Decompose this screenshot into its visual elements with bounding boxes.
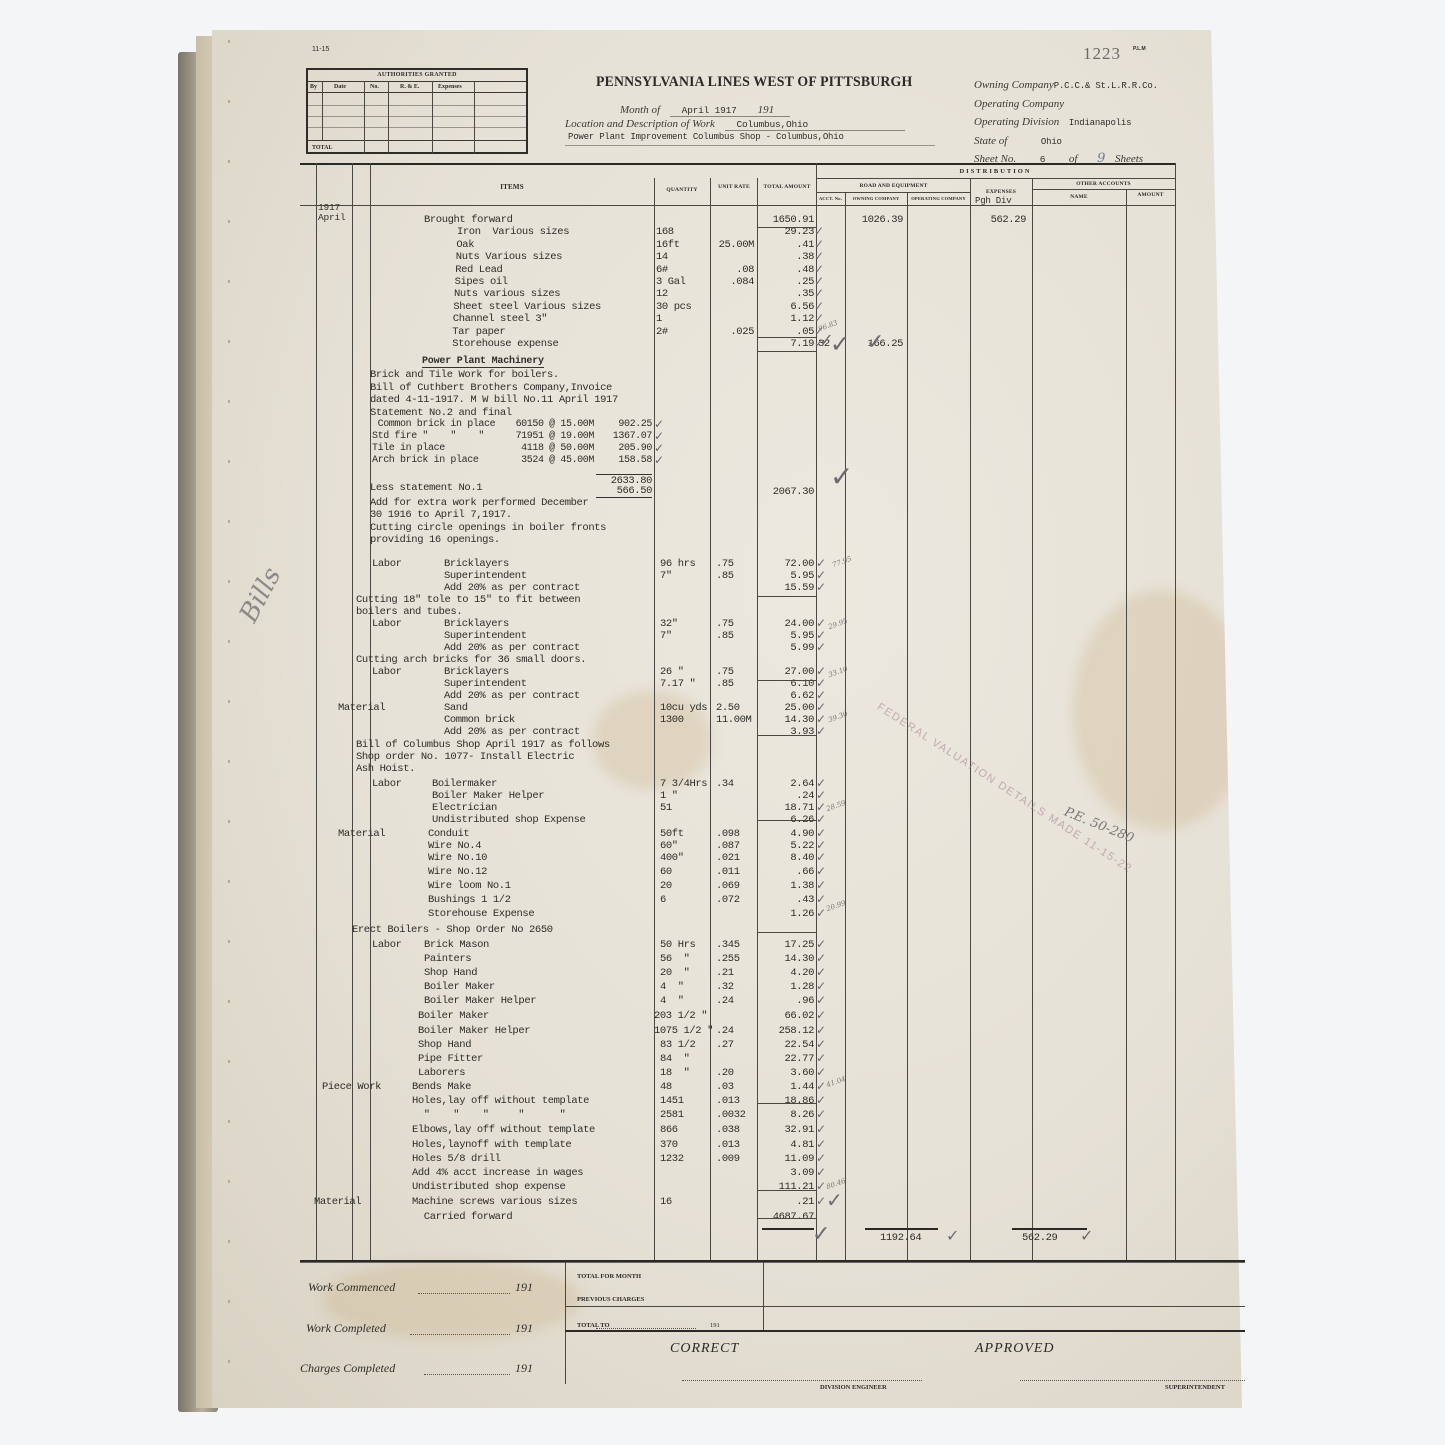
item-total: 6.56	[760, 301, 814, 313]
date-column: 1917 April	[318, 203, 346, 223]
extra-work-text: Add for extra work performed December 30…	[370, 497, 606, 546]
approved-label: APPROVED	[975, 1341, 1055, 1357]
item-description: Nuts various sizes	[430, 288, 560, 300]
brick-amount: 902.25	[596, 419, 652, 430]
item-total: 29.23	[760, 226, 814, 238]
item-unit-rate: .75	[716, 558, 756, 570]
check-mark-icon: ✓	[816, 878, 826, 892]
item-total: 27.00	[760, 666, 814, 678]
item-unit-rate: .75	[716, 618, 756, 630]
check-mark-icon: ✓	[816, 1122, 826, 1136]
item-quantity: 1	[656, 313, 706, 325]
item-total: 5.22	[760, 840, 814, 852]
item-quantity: 2581	[660, 1109, 712, 1121]
item-description: Electrician	[432, 802, 497, 814]
check-mark-icon: ✓	[816, 1151, 826, 1165]
check-mark-icon: ✓	[816, 937, 826, 951]
header-distribution: DISTRIBUTION	[816, 168, 1175, 175]
item-unit-rate: .072	[716, 894, 756, 906]
check-mark-icon: ✓	[816, 1093, 826, 1107]
row-category: Labor	[372, 778, 402, 790]
item-quantity: 4 "	[660, 995, 712, 1007]
header-amount: AMOUNT	[1126, 192, 1175, 198]
item-quantity: 20	[660, 880, 712, 892]
row-category: Piece Work	[322, 1081, 381, 1093]
item-unit-rate: .255	[716, 953, 756, 965]
item-quantity: 1075 1/2 "	[654, 1025, 706, 1037]
header-other-accounts: OTHER ACCOUNTS	[1032, 181, 1175, 187]
row-note: boilers and tubes.	[356, 606, 462, 618]
row-note: Cutting 18" tole to 15" to fit between	[356, 594, 580, 606]
superintendent-label: SUPERINTENDENT	[1165, 1384, 1225, 1391]
item-quantity: 866	[660, 1124, 712, 1136]
auth-col-re: R. & E.	[400, 84, 419, 90]
item-total: 8.40	[760, 852, 814, 864]
check-mark-icon: ✓	[816, 1165, 826, 1179]
item-quantity: 7"	[660, 630, 712, 642]
item-description: Brought forward	[424, 214, 513, 226]
item-description: Bushings 1 1/2	[428, 894, 511, 906]
item-quantity: 84 "	[660, 1053, 712, 1065]
item-total: 17.25	[760, 939, 814, 951]
brick-section-text: Brick and Tile Work for boilers. Bill of…	[370, 369, 618, 419]
item-total: 5.95	[760, 570, 814, 582]
brick-qty-rate: 4118 @ 50.00M	[484, 443, 594, 454]
check-mark-icon: ✓	[816, 1065, 826, 1079]
carried-forward-owning: 1192.64	[880, 1232, 921, 1244]
item-total: 66.02	[760, 1010, 814, 1022]
work-commenced-label: Work Commenced	[308, 1280, 395, 1295]
item-quantity: 18 "	[660, 1067, 712, 1079]
carried-forward-expenses: 562.29	[1022, 1232, 1057, 1244]
brick-qty-rate: 60150 @ 15.00M	[484, 419, 594, 430]
item-unit-rate: .084	[712, 276, 754, 288]
auth-col-by: By	[310, 84, 317, 90]
item-unit-rate: .24	[716, 1025, 756, 1037]
item-total: .25	[760, 276, 814, 288]
item-total: 1.26	[760, 908, 814, 920]
auth-col-expenses: Expenses	[438, 84, 462, 90]
item-description: Nuts Various sizes	[432, 251, 562, 263]
form-code: 11-15	[312, 46, 329, 53]
check-mark-icon: ✓	[816, 864, 826, 878]
item-total: 1.28	[760, 981, 814, 993]
item-description: Add 20% as per contract	[444, 726, 580, 738]
item-total: 258.12	[760, 1025, 814, 1037]
item-quantity: 400"	[660, 852, 712, 864]
item-unit-rate: .24	[716, 995, 756, 1007]
header-name: NAME	[1032, 194, 1126, 200]
item-quantity: 203 1/2 "	[654, 1010, 706, 1022]
item-total: 5.95	[760, 630, 814, 642]
work-description: Power Plant Improvement Columbus Shop - …	[568, 132, 844, 142]
brick-item: Arch brick in place	[372, 455, 478, 466]
item-total: 1.44	[760, 1081, 814, 1093]
row-note: Erect Boilers - Shop Order No 2650	[352, 924, 553, 936]
row-category: Labor	[372, 939, 402, 951]
item-total: 6.62	[760, 690, 814, 702]
item-unit-rate: 2.50	[716, 702, 756, 714]
item-quantity: 26 "	[660, 666, 712, 678]
item-description: Storehouse expense	[429, 338, 559, 350]
company-info: Owning CompanyP.C.C.& St.L.R.R.Co. Opera…	[974, 76, 1158, 169]
item-total: 3.93	[760, 726, 814, 738]
item-unit-rate: .025	[712, 326, 754, 338]
item-description: Brick Mason	[424, 939, 489, 951]
item-description: Undistributed shop expense	[412, 1181, 565, 1193]
item-total: 24.00	[760, 618, 814, 630]
item-total: .41	[760, 239, 814, 251]
row-category: Labor	[372, 558, 402, 570]
item-description: Shop Hand	[418, 1039, 471, 1051]
item-description: Conduit	[428, 828, 469, 840]
item-quantity: 16	[660, 1196, 712, 1208]
item-quantity: 32"	[660, 618, 712, 630]
item-unit-rate: 25.00M	[712, 239, 754, 251]
item-unit-rate: .27	[716, 1039, 756, 1051]
state-value: Ohio	[1041, 137, 1062, 147]
item-total: 11.09	[760, 1153, 814, 1165]
item-owning-company: 1026.39	[845, 214, 903, 226]
brick-net-total: 2067.30	[757, 486, 814, 498]
brick-qty-rate: 71951 @ 19.00M	[484, 431, 594, 442]
form-suffix: P.L.M	[1133, 46, 1146, 52]
item-description: Add 20% as per contract	[444, 642, 580, 654]
item-total: 14.30	[760, 953, 814, 965]
header-unit-rate: UNIT RATE	[716, 184, 752, 190]
item-total: 32.91	[760, 1124, 814, 1136]
item-total: 22.77	[760, 1053, 814, 1065]
item-quantity: 30 pcs	[656, 301, 706, 313]
item-description: Bends Make	[412, 1081, 471, 1093]
item-unit-rate: .087	[716, 840, 756, 852]
item-description: Superintendent	[444, 678, 527, 690]
item-unit-rate: .85	[716, 570, 756, 582]
item-unit-rate: .098	[716, 828, 756, 840]
item-unit-rate: .85	[716, 678, 756, 690]
row-category: Material	[338, 702, 385, 714]
brick-item: Std fire " " "	[372, 431, 484, 442]
item-description: Channel steel 3"	[429, 313, 547, 325]
item-unit-rate: 11.00M	[716, 714, 756, 726]
location-value: Columbus,Ohio	[725, 119, 905, 131]
check-mark-icon: ✓	[816, 1051, 826, 1065]
item-total: .48	[760, 264, 814, 276]
item-unit-rate: .85	[716, 630, 756, 642]
item-description: Add 20% as per contract	[444, 582, 580, 594]
item-quantity: 16ft	[656, 239, 706, 251]
item-description: Superintendent	[444, 570, 527, 582]
item-description: Sand	[444, 702, 468, 714]
check-mark-icon: ✓	[816, 1037, 826, 1051]
item-description: Bricklayers	[444, 666, 509, 678]
item-description: Boiler Maker Helper	[418, 1025, 530, 1037]
page-title: PENNSYLVANIA LINES WEST OF PITTSBURGH	[596, 74, 912, 91]
item-description: Pipe Fitter	[418, 1053, 483, 1065]
check-mark-icon: ✓	[816, 724, 826, 738]
check-mark-icon: ✓	[816, 906, 826, 920]
check-mark-icon: ✓	[654, 453, 664, 467]
item-total: 5.99	[760, 642, 814, 654]
item-total: .96	[760, 995, 814, 1007]
item-unit-rate: .069	[716, 880, 756, 892]
brick-item: Common brick in place	[372, 419, 495, 430]
item-description: Boiler Maker	[424, 981, 495, 993]
item-total: .21	[760, 1196, 814, 1208]
item-unit-rate: .009	[716, 1153, 756, 1165]
check-mark-icon: ✓	[816, 640, 826, 654]
item-quantity: 7 3/4Hrs	[660, 778, 712, 790]
item-description: Wire No.10	[428, 852, 487, 864]
item-description: Wire No.12	[428, 866, 487, 878]
item-unit-rate: .03	[716, 1081, 756, 1093]
item-quantity: 2#	[656, 326, 706, 338]
item-total: 3.60	[760, 1067, 814, 1079]
work-completed-label: Work Completed	[306, 1321, 386, 1336]
item-quantity: 10cu yds	[660, 702, 712, 714]
item-total: 25.00	[760, 702, 814, 714]
row-note: Ash Hoist.	[356, 763, 415, 775]
row-category: Labor	[372, 618, 402, 630]
item-quantity: 1451	[660, 1095, 712, 1107]
binding-stitches	[228, 40, 230, 1400]
row-category: Material	[338, 828, 385, 840]
item-total: .24	[760, 790, 814, 802]
header-items: ITEMS	[370, 183, 654, 191]
item-description: Common brick	[444, 714, 515, 726]
item-quantity: 1300	[660, 714, 712, 726]
item-description: Superintendent	[444, 630, 527, 642]
item-description: Elbows,lay off without template	[412, 1124, 595, 1136]
item-description: Red Lead	[432, 264, 503, 276]
item-total: 15.59	[760, 582, 814, 594]
item-quantity: 12	[656, 288, 706, 300]
check-mark-icon: ✓	[816, 1137, 826, 1151]
item-unit-rate: .32	[716, 981, 756, 993]
row-note: Cutting arch bricks for 36 small doors.	[356, 654, 586, 666]
item-quantity: 56 "	[660, 953, 712, 965]
item-total: 14.30	[760, 714, 814, 726]
item-quantity: 370	[660, 1139, 712, 1151]
section-heading-power-plant: Power Plant Machinery	[422, 356, 544, 368]
header-acct-no: ACCT. No.	[816, 196, 845, 201]
check-mark-icon: ✓	[816, 1023, 826, 1037]
check-mark-icon: ✓	[816, 892, 826, 906]
item-description: Add 20% as per contract	[444, 690, 580, 702]
brick-item: Tile in place	[372, 443, 445, 454]
item-unit-rate: .08	[712, 264, 754, 276]
item-description: Holes,laynoff with template	[412, 1139, 571, 1151]
division-engineer-label: DIVISION ENGINEER	[820, 1384, 887, 1391]
item-total: .66	[760, 866, 814, 878]
item-quantity: 1232	[660, 1153, 712, 1165]
item-quantity: 4 "	[660, 981, 712, 993]
item-quantity: 6	[660, 894, 712, 906]
check-mark-icon: ✓	[816, 1194, 826, 1208]
item-description: Boiler Maker Helper	[432, 790, 544, 802]
charges-completed-label: Charges Completed	[300, 1361, 395, 1376]
row-category: Labor	[372, 666, 402, 678]
operating-division-value: Indianapolis	[1069, 118, 1131, 128]
item-expenses: 562.29	[970, 214, 1026, 226]
item-total: 1.12	[760, 313, 814, 325]
location-field: Location and Description of Work Columbu…	[565, 114, 905, 132]
item-description: Laborers	[418, 1067, 465, 1079]
item-quantity: 7.17 "	[660, 678, 712, 690]
item-total: .38	[760, 251, 814, 263]
check-mark-icon: ✓	[816, 951, 826, 965]
item-unit-rate: .21	[716, 967, 756, 979]
item-unit-rate: .75	[716, 666, 756, 678]
header-quantity: QUANTITY	[654, 187, 710, 193]
item-description: Machine screws various sizes	[412, 1196, 577, 1208]
check-mark-icon: ✓	[816, 1179, 826, 1193]
less-statement-label: Less statement No.1	[370, 482, 482, 494]
brick-amount: 205.90	[596, 443, 652, 454]
serial-number: 1223	[1083, 44, 1121, 64]
check-mark-icon: ✓	[816, 1107, 826, 1121]
item-total: 4.81	[760, 1139, 814, 1151]
item-total: .35	[760, 288, 814, 300]
item-description: Sheet steel Various sizes	[430, 301, 601, 313]
item-description: Wire loom No.1	[428, 880, 511, 892]
item-description: Bricklayers	[444, 618, 509, 630]
header-operating-company: OPERATING COMPANY	[907, 196, 970, 201]
row-note: Bill of Columbus Shop April 1917 as foll…	[356, 739, 610, 751]
item-description: Bricklayers	[444, 558, 509, 570]
item-quantity: 3 Gal	[656, 276, 706, 288]
item-unit-rate: .013	[716, 1139, 756, 1151]
item-total: 1.38	[760, 880, 814, 892]
item-unit-rate: .021	[716, 852, 756, 864]
item-quantity: 14	[656, 251, 706, 263]
header-total-amount: TOTAL AMOUNT	[762, 184, 812, 190]
item-description: Wire No.4	[428, 840, 481, 852]
item-description: Shop Hand	[424, 967, 477, 979]
item-total: .43	[760, 894, 814, 906]
item-total: 18.86	[760, 1095, 814, 1107]
item-unit-rate: .20	[716, 1067, 756, 1079]
item-description: Carried forward	[412, 1211, 512, 1223]
brick-qty-rate: 3524 @ 45.00M	[484, 455, 594, 466]
item-unit-rate: .038	[716, 1124, 756, 1136]
item-description: Boiler Maker Helper	[424, 995, 536, 1007]
item-total: 111.21	[760, 1181, 814, 1193]
auth-col-no: No.	[370, 84, 379, 90]
item-total: 1650.91	[760, 214, 814, 226]
authorities-title: AUTHORITIES GRANTED	[308, 72, 526, 78]
item-total: 3.09	[760, 1167, 814, 1179]
header-expenses: EXPENSES	[970, 189, 1032, 195]
auth-total-label: TOTAL	[312, 145, 332, 151]
item-quantity: 51	[660, 802, 712, 814]
item-description: Holes,lay off without template	[412, 1095, 589, 1107]
item-description: Sipes oil	[431, 276, 508, 288]
item-total: .05	[760, 326, 814, 338]
item-total: 22.54	[760, 1039, 814, 1051]
item-quantity: 20 "	[660, 967, 712, 979]
item-quantity: 7"	[660, 570, 712, 582]
correct-label: CORRECT	[670, 1341, 739, 1357]
item-description: Iron Various sizes	[433, 226, 569, 238]
item-total: 72.00	[760, 558, 814, 570]
item-quantity: 83 1/2	[660, 1039, 712, 1051]
item-total: 2.64	[760, 778, 814, 790]
item-total: 4.20	[760, 967, 814, 979]
item-description: Undistributed shop Expense	[432, 814, 585, 826]
item-description: Holes 5/8 drill	[412, 1153, 501, 1165]
check-mark-icon: ✓	[816, 979, 826, 993]
item-description: Painters	[424, 953, 471, 965]
header-owning-company: OWNING COMPANY	[845, 196, 907, 201]
brick-amount: 158.58	[596, 455, 652, 466]
total-for-month-label: TOTAL FOR MONTH	[577, 1273, 641, 1280]
previous-charges-label: PREVIOUS CHARGES	[577, 1296, 644, 1303]
item-unit-rate: .011	[716, 866, 756, 878]
item-quantity: 168	[656, 226, 706, 238]
item-quantity: 60"	[660, 840, 712, 852]
item-description: Add 4% acct increase in wages	[412, 1167, 583, 1179]
authorities-granted-box: AUTHORITIES GRANTED By Date No. R. & E. …	[306, 68, 528, 154]
check-mark-icon: ✓	[816, 812, 826, 826]
item-unit-rate: .0032	[716, 1109, 756, 1121]
item-total: 4.90	[760, 828, 814, 840]
owning-company-value: P.C.C.& St.L.R.R.Co.	[1054, 81, 1158, 91]
item-description: Boilermaker	[432, 778, 497, 790]
check-mark-icon: ✓	[816, 1008, 826, 1022]
item-description: Tar paper	[429, 326, 506, 338]
item-description: Storehouse Expense	[428, 908, 534, 920]
check-mark-icon: ✓	[816, 850, 826, 864]
row-note: Shop order No. 1077- Install Electric	[356, 751, 574, 763]
item-total: 4687.67	[760, 1211, 814, 1223]
check-mark-icon: ✓	[816, 965, 826, 979]
item-quantity: 50ft	[660, 828, 712, 840]
item-quantity: 6#	[656, 264, 706, 276]
check-mark-icon: ✓	[816, 993, 826, 1007]
row-category: Material	[314, 1196, 361, 1208]
item-quantity: 1 "	[660, 790, 712, 802]
check-mark-icon: ✓	[816, 580, 826, 594]
brick-amount: 1367.07	[596, 431, 652, 442]
expenses-handwritten-note: Pgh Div	[975, 196, 1011, 206]
item-quantity: 96 hrs	[660, 558, 712, 570]
item-description: Boiler Maker	[418, 1010, 489, 1022]
item-unit-rate: .013	[716, 1095, 756, 1107]
item-total: 18.71	[760, 802, 814, 814]
item-description: Oak	[433, 239, 474, 251]
item-unit-rate: .34	[716, 778, 756, 790]
auth-col-date: Date	[334, 84, 346, 90]
item-description: " " " " "	[412, 1109, 565, 1121]
item-quantity: 60	[660, 866, 712, 878]
date-month: April	[318, 213, 346, 223]
item-quantity: 48	[660, 1081, 712, 1093]
item-unit-rate: .345	[716, 939, 756, 951]
header-road-equipment: ROAD AND EQUIPMENT	[816, 183, 971, 189]
item-total: 8.26	[760, 1109, 814, 1121]
item-total: 7.19	[760, 338, 814, 350]
item-quantity: 50 Hrs	[660, 939, 712, 951]
